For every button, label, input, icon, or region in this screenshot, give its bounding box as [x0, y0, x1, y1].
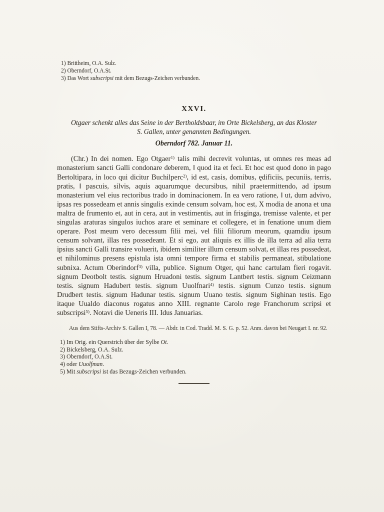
regest-line-2: S. Gallen, unter genannten Bedingungen.	[57, 128, 331, 137]
source-note: Aus dem Stifts-Archiv S. Gallen I, 78. —…	[57, 325, 331, 332]
footnote-line: 5) Mit subscripsi ist das Bezugs-Zeichen…	[57, 368, 331, 375]
footnote-line: 1) Im Orig. ein Querstrich über der Sylb…	[57, 339, 331, 346]
page-sheet: 1) Brittheim, O.A. Sulz. 2) Oberndorf, O…	[0, 0, 384, 512]
footnote-line: 2) Oberndorf, O.A.St.	[57, 67, 331, 74]
charter-number-heading: XXVI.	[57, 105, 331, 114]
charter-footnotes: 1) Im Orig. ein Querstrich über der Sylb…	[57, 339, 331, 375]
charter-regest: Otgaer schenkt alles das Seine in der Be…	[57, 119, 331, 137]
charter-body-text: (Chr.) In dei nomen. Ego Otgaer1) talis …	[57, 155, 331, 318]
footnote-line: 1) Brittheim, O.A. Sulz.	[57, 60, 331, 67]
regest-line-1: Otgaer schenkt alles das Seine in der Be…	[57, 119, 331, 128]
scanned-page: 1) Brittheim, O.A. Sulz. 2) Oberndorf, O…	[0, 0, 384, 512]
footnote-line: 4) oder Uuolfman.	[57, 361, 331, 368]
end-divider	[179, 383, 210, 384]
footnote-line: 2) Bickelsberg, O.A. Sulz.	[57, 346, 331, 353]
footnote-line: 3) Oberndorf, O.A.St.	[57, 353, 331, 360]
footnote-line: 3) Das Wort subscripsi mit dem Bezugs-Ze…	[57, 75, 331, 82]
previous-charter-footnotes: 1) Brittheim, O.A. Sulz. 2) Oberndorf, O…	[57, 60, 331, 82]
charter-dateline: Oberndorf 782. Januar 11.	[57, 140, 331, 148]
